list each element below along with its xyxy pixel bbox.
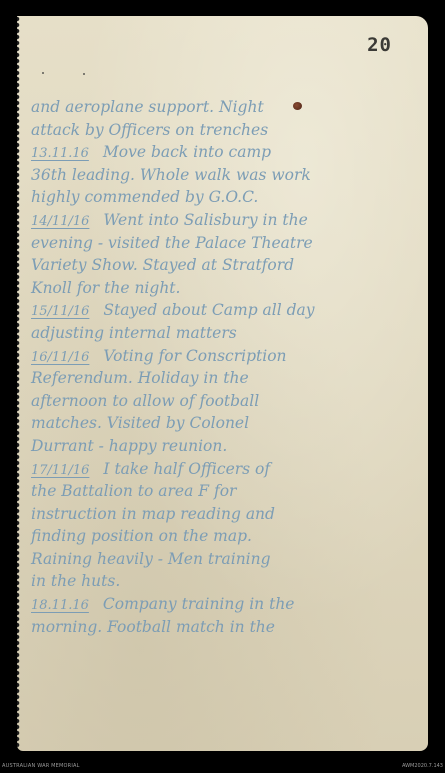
entry-text: Durrant - happy reunion. [31,437,227,455]
entry-text: in the huts. [31,572,120,590]
diary-line: Variety Show. Stayed at Stratford [31,254,421,277]
diary-line: afternoon to allow of football [31,390,421,413]
entry-date: 18.11.16 [31,598,89,613]
diary-line: the Battalion to area F for [31,480,421,503]
archive-credit: AUSTRALIAN WAR MEMORIAL [2,763,80,769]
entry-text: Referendum. Holiday in the [31,369,249,387]
entry-text: instruction in map reading and [31,505,275,523]
entry-text: evening - visited the Palace Theatre [31,234,313,252]
entry-text: and aeroplane support. Night [31,98,264,116]
entry-text: Knoll for the night. [31,279,180,297]
handwritten-entries: and aeroplane support. Night attack by O… [31,96,421,638]
entry-date: 15/11/16 [31,304,89,319]
diary-line: 16/11/16Voting for Conscription [31,345,421,368]
archive-reference: AWM2020.7.143 [402,763,443,769]
diary-line: highly commended by G.O.C. [31,186,421,209]
entry-text: matches. Visited by Colonel [31,414,249,432]
diary-line: 14/11/16Went into Salisbury in the [31,209,421,232]
entry-text: attack by Officers on trenches [31,121,268,139]
diary-line: instruction in map reading and [31,503,421,526]
diary-line: in the huts. [31,570,421,593]
entry-text: the Battalion to area F for [31,482,236,500]
archive-footer: AUSTRALIAN WAR MEMORIAL AWM2020.7.143 [0,762,445,772]
diary-line: matches. Visited by Colonel [31,412,421,435]
diary-line: evening - visited the Palace Theatre [31,232,421,255]
diary-line: 36th leading. Whole walk was work [31,164,421,187]
diary-line: Durrant - happy reunion. [31,435,421,458]
diary-line: 13.11.16Move back into camp [31,141,421,164]
entry-text: 36th leading. Whole walk was work [31,166,311,184]
entry-date: 16/11/16 [31,350,89,365]
entry-text: Company training in the [103,595,295,613]
entry-text: highly commended by G.O.C. [31,188,258,206]
entry-date: 14/11/16 [31,214,89,229]
perforated-edge [17,16,23,751]
diary-page: 20 and aeroplane support. Night attack b… [17,16,428,751]
entry-text: afternoon to allow of football [31,392,259,410]
document-viewer: 20 and aeroplane support. Night attack b… [0,0,445,773]
entry-text: Variety Show. Stayed at Stratford [31,256,294,274]
diary-line: Referendum. Holiday in the [31,367,421,390]
paper-speck [42,72,44,74]
diary-line: morning. Football match in the [31,616,421,639]
entry-text: Raining heavily - Men training [31,550,271,568]
entry-date: 13.11.16 [31,146,89,161]
entry-text: Went into Salisbury in the [103,211,307,229]
entry-text: morning. Football match in the [31,618,275,636]
diary-line: 15/11/16Stayed about Camp all day [31,299,421,322]
diary-line: attack by Officers on trenches [31,119,421,142]
diary-line: finding position on the map. [31,525,421,548]
entry-text: Voting for Conscription [103,347,286,365]
diary-line: 18.11.16Company training in the [31,593,421,616]
diary-line: and aeroplane support. Night [31,96,421,119]
diary-line: adjusting internal matters [31,322,421,345]
paper-speck [83,73,85,75]
entry-text: Stayed about Camp all day [103,301,314,319]
entry-text: finding position on the map. [31,527,252,545]
entry-text: Move back into camp [103,143,271,161]
entry-text: I take half Officers of [103,460,270,478]
entry-text: adjusting internal matters [31,324,237,342]
page-number: 20 [367,34,392,56]
diary-line: Raining heavily - Men training [31,548,421,571]
diary-line: Knoll for the night. [31,277,421,300]
entry-date: 17/11/16 [31,463,89,478]
diary-line: 17/11/16I take half Officers of [31,458,421,481]
